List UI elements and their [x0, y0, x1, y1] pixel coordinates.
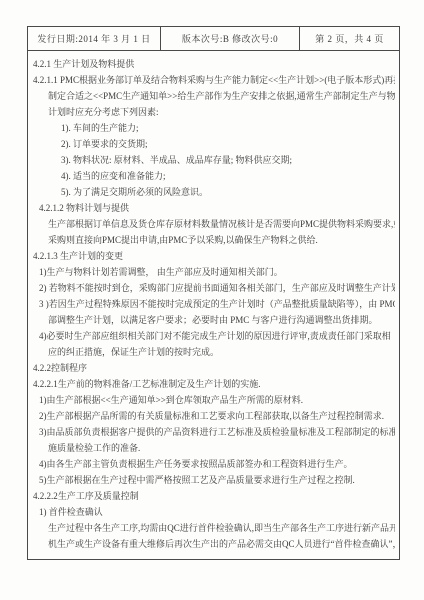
document-line: 1)生产与物料计划若需调整， 由生产部应及时通知相关部门。 — [33, 264, 395, 280]
document-line: 4)由各生产部主管负责根据生产任务要求按照品质部签办和工程资料进行生产。 — [33, 456, 395, 472]
document-line: 3 )若因生产过程特殊原因不能按时完成预定的生产计划时（产品整批质量缺陷等），由… — [33, 296, 395, 312]
document-line: 1) 首件检查确认 — [33, 504, 395, 520]
document-line: 3)由品质部负责根据客户提供的产品资料进行工艺标准及质检验量标准及工程部制定的标… — [33, 424, 395, 440]
document-line: 2)生产部根据产品所需的有关质量标准和工艺要求向工程部获取,以备生产过程控制需求… — [33, 408, 395, 424]
document-page: 发行日期:2014 年 3 月 1 日 版本次号:B 修改次号:0 第 2 页，… — [0, 0, 424, 600]
document-line: 4.2.2控制程序 — [33, 360, 395, 376]
document-line: 3). 物料状况: 原材料、半成品、成品库存量; 物料供应交期; — [33, 152, 395, 168]
document-line: 制定合适之<<PMC生产通知单>>给生产部作为生产安排之依据,通常生产部制定生产… — [33, 88, 395, 104]
document-body: 4.2.1 生产计划及物料提供4.2.1.1 PMC根据业务部订单及结合物料采购… — [28, 51, 399, 560]
document-line: 2). 订单要求的交货期; — [33, 136, 395, 152]
document-line: 施质量检验工作的准备. — [33, 440, 395, 456]
document-line: 计划时应充分考虑下列因素: — [33, 104, 395, 120]
document-line: 生产过程中各生产工序,均需由QC进行首件检验确认,即当生产部各生产工序进行新产品… — [33, 520, 395, 536]
document-line: 2) 若物料不能按时到仓，采购部门应提前书面通知各相关部门，生产部应及时调整生产… — [33, 280, 395, 296]
document-line: 5). 为了满足交期所必须的风险意识。 — [33, 184, 395, 200]
document-line: 4.2.1 生产计划及物料提供 — [33, 56, 395, 72]
document-line: 生产部根据订单信息及货仓库存原材料数量情况核计是否需要向PMC提供物料采购要求,… — [33, 216, 395, 232]
document-line: 采购则直接向PMC提出申请,由PMC予以采购,以确保生产物料之供给. — [33, 232, 395, 248]
document-line: 4.2.1.2 物料计划与提供 — [33, 200, 395, 216]
document-line: 4.2.2.2生产工序及质量控制 — [33, 488, 395, 504]
document-line: 机生产或生产设备有重大维修后再次生产出的产品必需交由QC人员进行“首件检查确认”… — [33, 536, 395, 552]
header-version-number: 版本次号:B 修改次号:0 — [161, 27, 300, 50]
document-line: 1). 车间的生产能力; — [33, 120, 395, 136]
document-line: 4.2.1.3 生产计划的变更 — [33, 248, 395, 264]
document-header-row: 发行日期:2014 年 3 月 1 日 版本次号:B 修改次号:0 第 2 页，… — [28, 27, 399, 51]
document-line: 4.2.2.1生产前的物料准备/工艺标准制定及生产计划的实施. — [33, 376, 395, 392]
document-line: 应的纠正措施，保证生产计划的按时完成。 — [33, 344, 395, 360]
header-issue-date: 发行日期:2014 年 3 月 1 日 — [28, 27, 161, 50]
header-page-number: 第 2 页，共 4 页 — [300, 27, 399, 50]
document-line: 1)由生产部根据<<生产通知单>>到仓库领取产品生产所需的原材料. — [33, 392, 395, 408]
document-line: 部调整生产计划，以满足客户要求；必要时由 PMC 与客户进行沟通调整出货排期。 — [33, 312, 395, 328]
document-line: 5)生产部根据在生产过程中需严格按照工艺及产品质量要求进行生产过程之控制. — [33, 472, 395, 488]
document-line: 4.2.1.1 PMC根据业务部订单及结合物料采购与生产能力制定<<生产计划>>… — [33, 72, 395, 88]
document-table: 发行日期:2014 年 3 月 1 日 版本次号:B 修改次号:0 第 2 页，… — [27, 26, 400, 560]
document-line: 4)必要时生产部应组织相关部门对不能完成生产计划的原因进行评审,责成责任部门采取… — [33, 328, 395, 344]
document-line: 4). 适当的应变和准备能力; — [33, 168, 395, 184]
